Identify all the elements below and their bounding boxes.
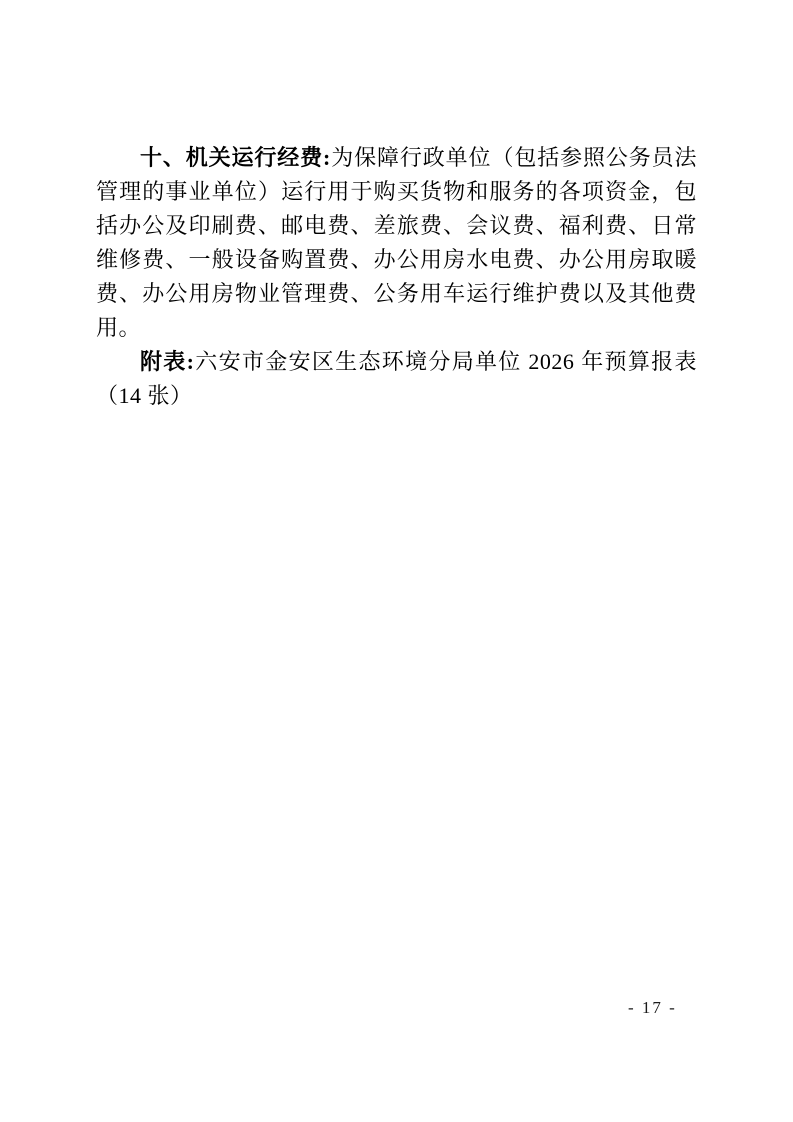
document-page: 十、机关运行经费:为保障行政单位（包括参照公务员法 管理的事业单位）运行用于购买… <box>0 0 793 1122</box>
paragraph-line: 管理的事业单位）运行用于购买货物和服务的各项资金，包 <box>96 175 697 209</box>
paragraph-line: 费、办公用房物业管理费、公务用车运行维护费以及其他费 <box>96 277 697 311</box>
attachment-first-line: 附表:六安市金安区生态环境分局单位 2026 年预算报表 <box>96 345 697 379</box>
section-first-line: 十、机关运行经费:为保障行政单位（包括参照公务员法 <box>96 141 697 175</box>
section-heading: 十、机关运行经费: <box>140 145 331 170</box>
paragraph-line: 维修费、一般设备购置费、办公用房水电费、办公用房取暖 <box>96 243 697 277</box>
document-body: 十、机关运行经费:为保障行政单位（包括参照公务员法 管理的事业单位）运行用于购买… <box>96 141 697 413</box>
attachment-line-text: 六安市金安区生态环境分局单位 2026 年预算报表 <box>194 349 697 374</box>
page-number: - 17 - <box>628 998 677 1018</box>
paragraph-line: 括办公及印刷费、邮电费、差旅费、会议费、福利费、日常 <box>96 209 697 243</box>
section-heading-line-text: 为保障行政单位（包括参照公务员法 <box>331 145 697 170</box>
paragraph-last-line: 用。 <box>96 311 697 345</box>
attachment-last-line: （14 张） <box>96 379 697 413</box>
attachment-label: 附表: <box>140 349 194 374</box>
